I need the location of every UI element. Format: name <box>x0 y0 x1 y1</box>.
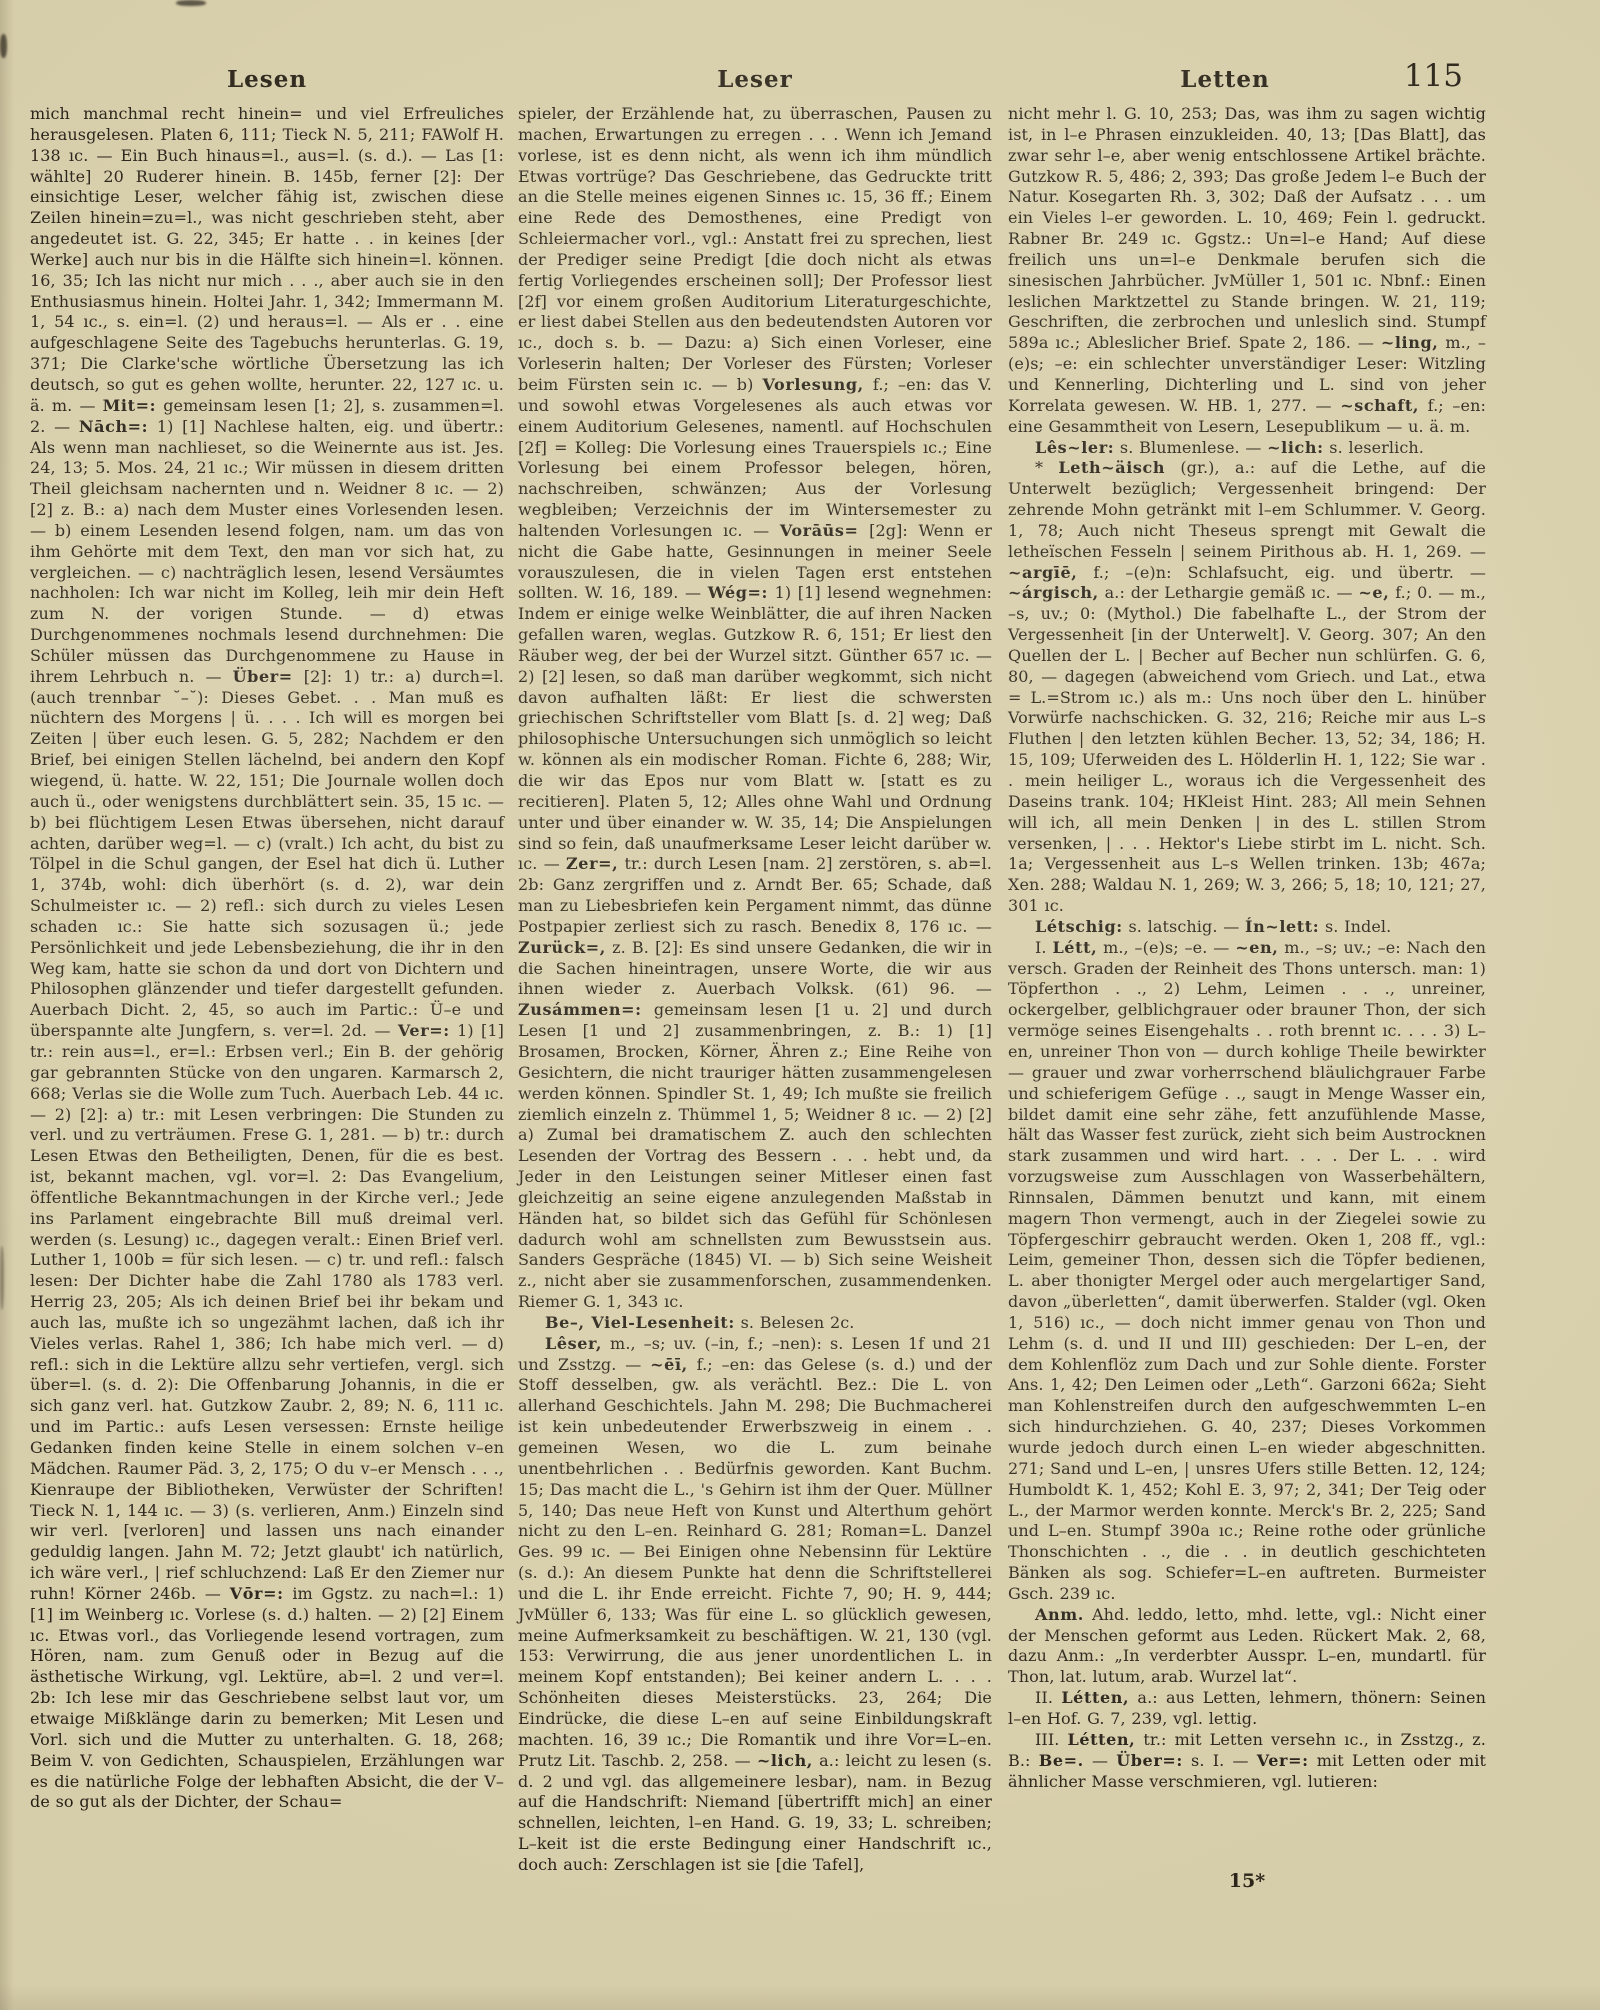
scan-smudge <box>0 1246 4 1310</box>
paragraph: Lêser, m., –s; uv. (–in, f.; –nen): s. L… <box>518 1334 992 1876</box>
paragraph: spieler, der Erzählende hat, zu überrasc… <box>518 104 992 1313</box>
running-title-left: Lesen <box>30 66 504 93</box>
page-number: 115 <box>1330 58 1463 94</box>
scan-smudge <box>0 34 7 58</box>
signature-mark: 15* <box>1008 1870 1486 1892</box>
paragraph: nicht mehr l. G. 10, 253; Das, was ihm z… <box>1008 104 1486 438</box>
paragraph: II. Létten, a.: aus Letten, lehmern, thö… <box>1008 1688 1486 1730</box>
paragraph: mich manchmal recht hinein= und viel Erf… <box>30 104 504 1813</box>
paragraph: I. Létt, m., –(e)s; –e. — ~en, m., –s; u… <box>1008 938 1486 1605</box>
dictionary-page: Lesen Leser Letten 115 mich manchmal rec… <box>0 0 1600 2010</box>
paragraph: Létschig: s. latschig. — Ín~lett: s. Ind… <box>1008 917 1486 938</box>
paragraph: Be–, Viel-Lesenheit: s. Belesen 2c. <box>518 1313 992 1334</box>
text-column-right: nicht mehr l. G. 10, 253; Das, was ihm z… <box>1008 104 1486 1792</box>
text-column-left: mich manchmal recht hinein= und viel Erf… <box>30 104 504 1813</box>
paragraph: III. Létten, tr.: mit Letten versehn ıc.… <box>1008 1730 1486 1793</box>
paragraph: Lês~ler: s. Blumenlese. — ~lich: s. lese… <box>1008 438 1486 459</box>
paragraph: Anm. Ahd. leddo, letto, mhd. lette, vgl.… <box>1008 1605 1486 1688</box>
text-column-center: spieler, der Erzählende hat, zu überrasc… <box>518 104 992 1876</box>
paragraph: * Leth~äisch (gr.), a.: auf die Lethe, a… <box>1008 458 1486 917</box>
scan-smudge <box>176 0 206 6</box>
running-title-center: Leser <box>518 66 992 93</box>
